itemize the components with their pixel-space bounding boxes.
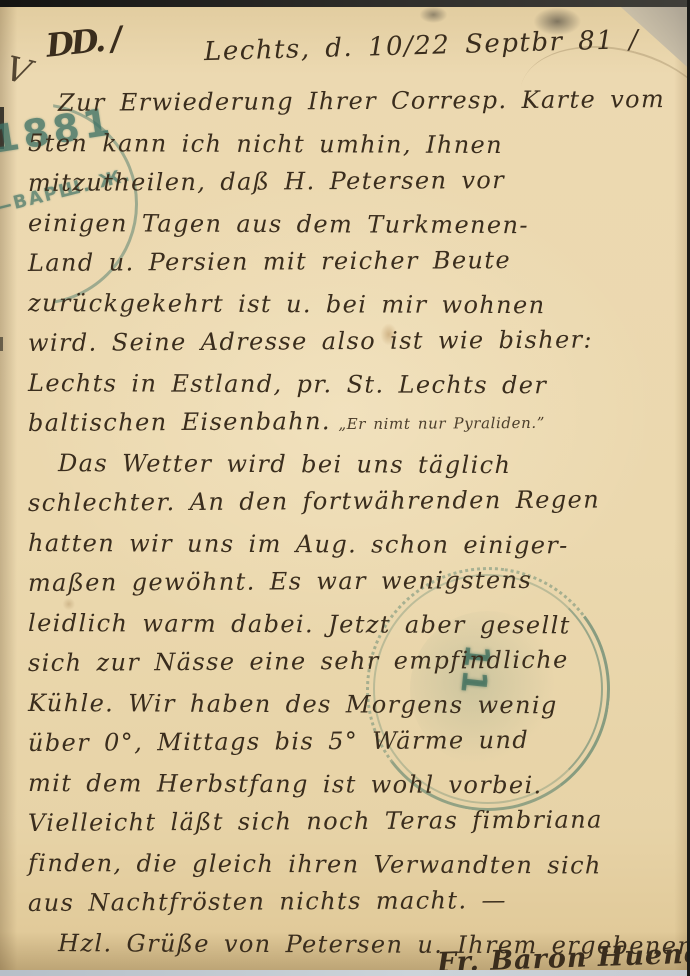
edge-mark <box>0 337 3 351</box>
letter-line-text: mitzutheilen, daß H. Petersen vor <box>28 166 505 197</box>
letter-line: Vielleicht läßt sich noch Teras fimbrian… <box>28 805 678 849</box>
letter-line-text: baltischen Eisenbahn. <box>28 407 331 437</box>
letter-line-text: zurückgekehrt ist u. bei mir wohnen <box>28 289 546 319</box>
letter-line-text: Land u. Persien mit reicher Beute <box>28 246 511 277</box>
scanned-postcard: 1881 —ВАРШ. Ж. 11 DD. / V Lechts, d. 10/… <box>0 0 690 976</box>
letter-line-text: Kühle. Wir haben des Morgens wenig <box>28 689 558 719</box>
letter-line: Zur Erwiederung Ihrer Corresp. Karte vom <box>28 85 678 129</box>
letter-line-text: hatten wir uns im Aug. schon einiger- <box>28 529 569 559</box>
scanner-edge-bottom <box>0 970 690 976</box>
letter-line: schlechter. An den fortwährenden Regen <box>28 485 678 529</box>
letter-line-text: finden, die gleich ihren Verwandten sich <box>28 849 602 880</box>
letter-line-text: sich zur Nässe eine sehr empfindliche <box>28 646 569 677</box>
letter-line-text: 5ten kann ich nicht umhin, Ihnen <box>28 129 503 159</box>
letter-line-text: einigen Tagen aus dem Turkmenen- <box>28 209 529 239</box>
letter-line-text: maßen gewöhnt. Es war wenigstens <box>28 566 532 597</box>
sender-monogram: DD. / <box>44 19 121 64</box>
letter-line-text: Lechts in Estland, pr. St. Lechts der <box>28 369 547 399</box>
letter-line: mitzutheilen, daß H. Petersen vor <box>28 165 678 209</box>
letter-line-text: Vielleicht läßt sich noch Teras fimbrian… <box>28 805 603 837</box>
pen-check-mark: V <box>2 49 36 94</box>
postcard-paper: 1881 —ВАРШ. Ж. 11 DD. / V Lechts, d. 10/… <box>0 7 688 970</box>
letter-line: wird. Seine Adresse also ist wie bisher: <box>28 325 678 369</box>
letter-line-text: aus Nachtfrösten nichts macht. — <box>28 886 507 917</box>
letter-line: Land u. Persien mit reicher Beute <box>28 245 678 289</box>
letter-line-text: über 0°, Mittags bis 5° Wärme und <box>28 726 529 757</box>
letter-line-text: Zur Erwiederung Ihrer Corresp. Karte vom <box>58 85 665 117</box>
letter-line-text: Das Wetter wird bei uns täglich <box>58 449 512 479</box>
letter-line: baltischen Eisenbahn. „Er nimt nur Pyral… <box>28 405 678 449</box>
letter-line-text: leidlich warm dabei. Jetzt aber gesellt <box>28 609 571 639</box>
letter-line-text: schlechter. An den fortwährenden Regen <box>28 486 600 517</box>
letter-line: sich zur Nässe eine sehr empfindliche <box>28 645 678 689</box>
letter-line-text: mit dem Herbstfang ist wohl vorbei. <box>28 769 543 799</box>
letter-body: Zur Erwiederung Ihrer Corresp. Karte vom… <box>28 89 678 969</box>
letter-line-text: wird. Seine Adresse also ist wie bisher: <box>28 326 593 357</box>
letter-line: aus Nachtfrösten nichts macht. — <box>28 885 678 929</box>
letter-line: maßen gewöhnt. Es war wenigstens <box>28 565 678 609</box>
letter-line: über 0°, Mittags bis 5° Wärme und <box>28 725 678 769</box>
interlinear-note: „Er nimt nur Pyraliden.” <box>331 414 545 433</box>
